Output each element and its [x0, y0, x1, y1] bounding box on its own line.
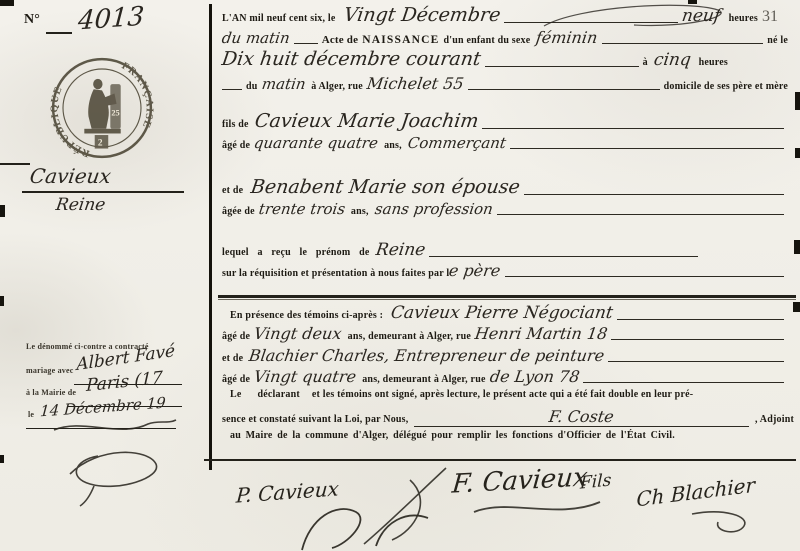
- line-mother-age-profession: âgée de trente trois ans, sans professio…: [222, 200, 788, 218]
- ruled-fill: [611, 337, 784, 340]
- printed-text: , Adjoint: [755, 414, 794, 425]
- act-number-ruled-line: [46, 32, 72, 34]
- ruled-fill: [468, 87, 660, 90]
- mention-marriage-place: Paris (17: [86, 368, 163, 396]
- printed-text: âgé de: [222, 140, 250, 151]
- handwritten-time-of-day: matin: [260, 75, 306, 93]
- line-witness1-details: âgé de Vingt deux ans, demeurant à Alger…: [222, 324, 788, 343]
- printed-text: ans, demeurant à Alger, rue: [348, 331, 471, 342]
- scan-artifact: [795, 148, 800, 158]
- margin-signature-scribble: [36, 416, 186, 511]
- ruled-fill: [505, 274, 784, 277]
- line-witness2-name: et de Blachier Charles, Entrepreneur de …: [222, 346, 788, 365]
- signature-father-suffix: Fils: [580, 470, 612, 493]
- handwritten-witness2: Blachier Charles, Entrepreneur de peintu…: [248, 346, 606, 365]
- printed-text: au Maire de la commune d'Alger, délégué …: [230, 430, 675, 441]
- printed-text: né le: [767, 35, 788, 46]
- printed-text: d'un enfant du sexe: [443, 35, 530, 46]
- ruled-fill: [294, 41, 318, 44]
- scan-artifact: [0, 455, 4, 463]
- line-mother-name: et de Benabent Marie son épouse: [222, 176, 788, 198]
- handwritten-witness1-street: Henri Martin 18: [474, 324, 609, 343]
- official-signature: F. Coste: [548, 407, 615, 426]
- handwritten-declarant: e père: [448, 261, 502, 280]
- line-birth-act-header: du matin Acte de NAISSANCE d'un enfant d…: [222, 28, 788, 47]
- line-requisition: sur la réquisition et présentation à nou…: [222, 261, 788, 280]
- printed-text: et les témoins ont signé, après lecture,…: [312, 389, 693, 400]
- printed-text: En présence des témoins ci-après :: [230, 310, 383, 321]
- mention-line2-label: mariage avec: [26, 366, 74, 375]
- ruled-fill: [222, 87, 242, 90]
- official-signature-line: F. Coste: [414, 407, 748, 427]
- handwritten-witness1-age: Vingt deux: [253, 324, 343, 343]
- printed-text: et de: [222, 353, 243, 364]
- section-divider-rule: [218, 295, 796, 298]
- line-birth-date: Dix huit décembre courant à cinq heures: [222, 48, 728, 70]
- ruled-fill: [482, 126, 784, 129]
- section-divider-rule-thin: [218, 299, 796, 300]
- ruled-fill: [485, 64, 639, 67]
- signature-section-rule: [204, 459, 796, 461]
- printed-text: heures: [699, 57, 728, 68]
- handwritten-mother-age: trente trois: [258, 200, 347, 218]
- stamp-arc-right-text: FRANÇAISE: [120, 61, 154, 130]
- printed-text: fils de: [222, 119, 249, 130]
- printed-text: domicile de ses père et mère: [664, 81, 788, 92]
- signature-tail-flourish: [468, 494, 608, 522]
- printed-text: Acte de: [322, 34, 359, 46]
- handwritten-witness2-street: de Lyon 78: [488, 367, 580, 386]
- stamp-denomination-text: 2: [98, 138, 103, 148]
- printed-text: ans,: [384, 140, 402, 151]
- handwritten-sex: féminin: [535, 28, 599, 47]
- line-witness1-name: En présence des témoins ci-après : Cavie…: [230, 303, 788, 323]
- ruled-fill: [602, 41, 764, 44]
- mention-line3-label: à la Mairie de: [26, 388, 76, 397]
- fiscal-stamp: RÉPUBLIQUE FRANÇAISE 25 2: [50, 56, 154, 160]
- ruled-fill: [429, 254, 698, 257]
- handwritten-birth-hour: cinq: [652, 50, 692, 70]
- partial-signature-scribble: [276, 498, 446, 551]
- margin-name-given: Reine: [55, 195, 107, 215]
- handwritten-father-age: quarante quatre: [253, 134, 379, 152]
- svg-text:FRANÇAISE: FRANÇAISE: [120, 61, 154, 130]
- birth-certificate-document: 31 N° 4013 RÉPUBLIQUE FRANÇAISE 25 2 Cav…: [0, 0, 800, 551]
- margin-ruled-line: [0, 163, 30, 165]
- line-birth-place: du matin à Alger, rue Michelet 55 domici…: [222, 74, 788, 93]
- scan-artifact: [793, 302, 800, 312]
- stamp-arc-left-text: RÉPUBLIQUE: [50, 85, 91, 159]
- printed-text: sur la réquisition et présentation à nou…: [222, 268, 449, 279]
- printed-text: âgé de: [222, 374, 250, 385]
- ruled-fill: [583, 380, 784, 383]
- margin-name-surname: Cavieux: [28, 164, 112, 188]
- line-closing-2: sence et constaté suivant la Loi, par No…: [222, 407, 794, 427]
- handwritten-mother-name: Benabent Marie son épouse: [250, 176, 522, 198]
- scan-artifact: [0, 296, 4, 306]
- printed-act-type: NAISSANCE: [362, 34, 439, 46]
- mention-line4-label: le: [28, 410, 34, 419]
- printed-text: ans, demeurant à Alger, rue: [362, 374, 485, 385]
- printed-text: sence et constaté suivant la Loi, par No…: [222, 414, 408, 425]
- printed-text: du: [246, 81, 258, 92]
- handwritten-time-of-day: du matin: [221, 29, 291, 47]
- ruled-fill: [524, 192, 784, 195]
- handwritten-father-name: Cavieux Marie Joachim: [253, 110, 480, 132]
- margin-divider-line: [209, 4, 212, 470]
- printed-text: âgée de: [222, 206, 255, 217]
- printed-text: déclarant: [258, 389, 300, 400]
- stamp-value-text: 25: [111, 108, 119, 117]
- scan-artifact: [795, 92, 800, 110]
- printed-text: L'AN mil neuf cent six, le: [222, 13, 336, 24]
- margin-name-underline: [22, 191, 184, 193]
- line-closing-3: au Maire de la commune d'Alger, délégué …: [230, 430, 790, 441]
- printed-text: ans,: [351, 206, 369, 217]
- act-number-label: N°: [24, 12, 40, 28]
- printed-text: âgé de: [222, 331, 250, 342]
- handwritten-mother-profession: sans profession: [373, 200, 493, 218]
- handwritten-birth-date: Dix huit décembre courant: [220, 48, 482, 70]
- ruled-fill: [510, 146, 784, 149]
- handwritten-witness1: Cavieux Pierre Négociant: [390, 303, 615, 323]
- printed-text: et de: [222, 185, 243, 196]
- printed-text: Le: [230, 389, 242, 400]
- scan-artifact: [0, 0, 14, 6]
- handwritten-street: Michelet 55: [366, 74, 465, 93]
- ruled-fill: [617, 317, 784, 320]
- svg-text:RÉPUBLIQUE: RÉPUBLIQUE: [50, 85, 91, 159]
- printed-text: à: [643, 57, 648, 68]
- line-given-name: lequel a reçu le prénom de Reine: [222, 240, 702, 260]
- handwritten-father-profession: Commerçant: [407, 134, 508, 152]
- line-father-name: fils de Cavieux Marie Joachim: [222, 110, 788, 132]
- act-number-value: 4013: [77, 2, 145, 37]
- ruled-fill: [497, 212, 784, 215]
- ruled-fill: [608, 359, 784, 362]
- handwritten-date: Vingt Décembre: [342, 4, 502, 26]
- line-father-age-profession: âgé de quarante quatre ans, Commerçant: [222, 134, 788, 152]
- signature-hook-flourish: [684, 506, 764, 542]
- handwritten-witness2-age: Vingt quatre: [253, 367, 358, 386]
- line-closing-1: Le déclarant et les témoins ont signé, a…: [230, 389, 790, 400]
- handwritten-given-name: Reine: [374, 240, 426, 260]
- scan-artifact: [0, 205, 5, 217]
- printed-text: lequel a reçu le prénom de: [222, 247, 370, 258]
- printed-text: à Alger, rue: [311, 81, 363, 92]
- scan-artifact: [688, 0, 697, 4]
- line-witness2-details: âgé de Vingt quatre ans, demeurant à Alg…: [222, 367, 788, 386]
- scan-artifact: [794, 240, 800, 254]
